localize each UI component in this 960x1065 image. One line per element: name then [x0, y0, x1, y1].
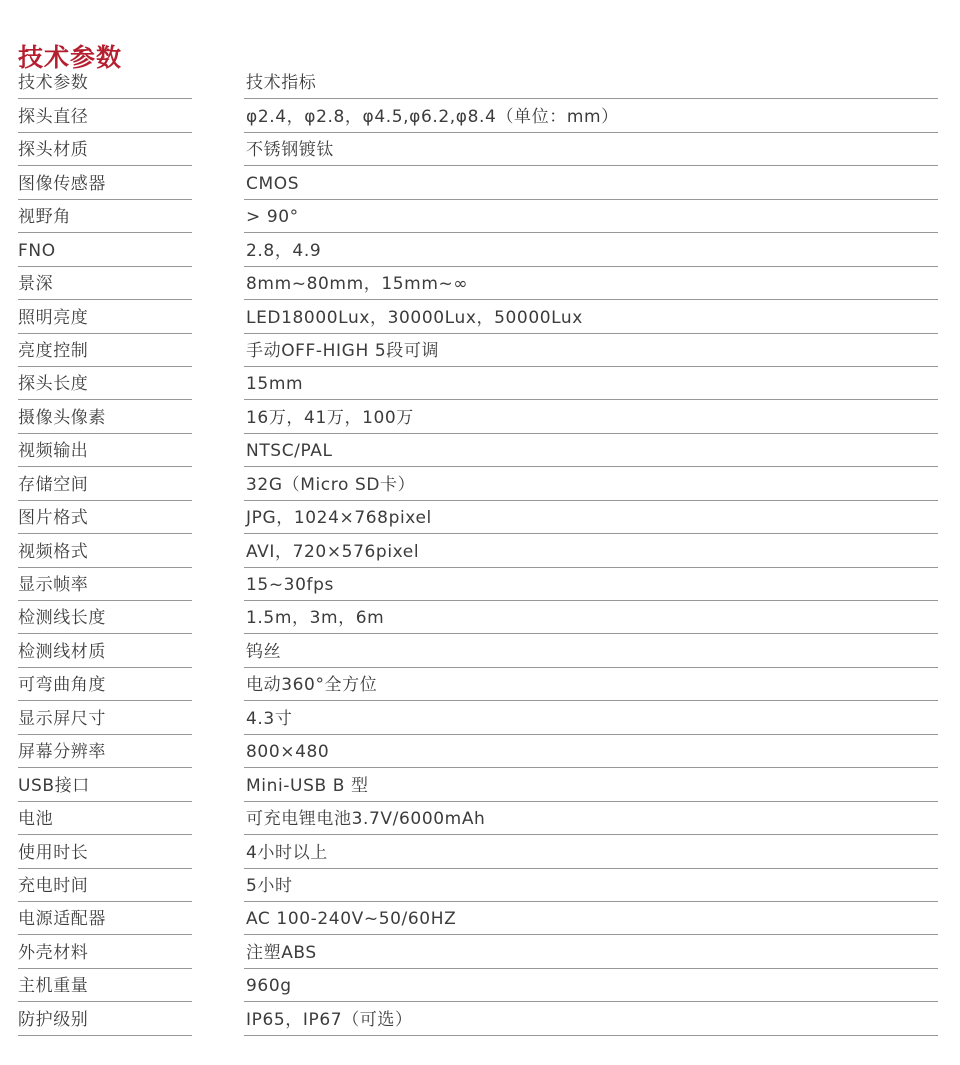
spec-value: 800×480 — [244, 735, 938, 768]
spec-value: 15mm — [244, 367, 938, 400]
spec-row: 屏幕分辨率 800×480 — [18, 735, 938, 768]
spec-label: 探头直径 — [18, 99, 192, 132]
spec-label: 探头材质 — [18, 133, 192, 166]
spec-label: 技术参数 — [18, 66, 192, 99]
spec-label: 防护级别 — [18, 1002, 192, 1035]
spec-value: 电动360°全方位 — [244, 668, 938, 701]
spec-row: 外壳材料 注塑ABS — [18, 935, 938, 968]
column-gap — [192, 534, 244, 567]
column-gap — [192, 200, 244, 233]
spec-value: IP65，IP67（可选） — [244, 1002, 938, 1035]
spec-value: 960g — [244, 969, 938, 1002]
spec-value: NTSC/PAL — [244, 434, 938, 467]
spec-row: 探头直径 φ2.4，φ2.8，φ4.5,φ6.2,φ8.4（单位：mm） — [18, 99, 938, 132]
column-gap — [192, 701, 244, 734]
spec-value: 4.3寸 — [244, 701, 938, 734]
column-gap — [192, 735, 244, 768]
spec-value: > 90° — [244, 200, 938, 233]
spec-label: 充电时间 — [18, 869, 192, 902]
spec-table: 技术参数 技术指标 探头直径 φ2.4，φ2.8，φ4.5,φ6.2,φ8.4（… — [18, 66, 938, 1036]
spec-row: 显示屏尺寸 4.3寸 — [18, 701, 938, 734]
column-gap — [192, 1002, 244, 1035]
spec-value: 15~30fps — [244, 568, 938, 601]
spec-row: 景深 8mm~80mm，15mm~∞ — [18, 267, 938, 300]
column-gap — [192, 467, 244, 500]
spec-value: JPG，1024×768pixel — [244, 501, 938, 534]
spec-value: CMOS — [244, 166, 938, 199]
spec-row: FNO 2.8，4.9 — [18, 233, 938, 266]
spec-label: 图片格式 — [18, 501, 192, 534]
spec-row: 充电时间 5小时 — [18, 869, 938, 902]
spec-row: 探头长度 15mm — [18, 367, 938, 400]
spec-value: 16万，41万，100万 — [244, 400, 938, 433]
column-gap — [192, 902, 244, 935]
spec-row: 技术参数 技术指标 — [18, 66, 938, 99]
spec-value: 不锈钢镀钛 — [244, 133, 938, 166]
spec-label: 显示屏尺寸 — [18, 701, 192, 734]
spec-label: 屏幕分辨率 — [18, 735, 192, 768]
column-gap — [192, 400, 244, 433]
spec-row: 电池 可充电锂电池3.7V/6000mAh — [18, 802, 938, 835]
spec-value: LED18000Lux，30000Lux，50000Lux — [244, 300, 938, 333]
column-gap — [192, 434, 244, 467]
spec-label: 检测线材质 — [18, 634, 192, 667]
column-gap — [192, 935, 244, 968]
column-gap — [192, 166, 244, 199]
spec-row: 使用时长 4小时以上 — [18, 835, 938, 868]
spec-label: 主机重量 — [18, 969, 192, 1002]
spec-label: 摄像头像素 — [18, 400, 192, 433]
column-gap — [192, 835, 244, 868]
spec-row: 照明亮度 LED18000Lux，30000Lux，50000Lux — [18, 300, 938, 333]
column-gap — [192, 66, 244, 99]
spec-label: 亮度控制 — [18, 334, 192, 367]
spec-row: 检测线长度 1.5m，3m，6m — [18, 601, 938, 634]
column-gap — [192, 367, 244, 400]
spec-row: 视野角 > 90° — [18, 200, 938, 233]
spec-row: 探头材质 不锈钢镀钛 — [18, 133, 938, 166]
column-gap — [192, 601, 244, 634]
spec-label: 图像传感器 — [18, 166, 192, 199]
spec-value: 2.8，4.9 — [244, 233, 938, 266]
spec-label: 视野角 — [18, 200, 192, 233]
spec-label: 视频格式 — [18, 534, 192, 567]
column-gap — [192, 233, 244, 266]
spec-row: 图像传感器 CMOS — [18, 166, 938, 199]
spec-value: 钨丝 — [244, 634, 938, 667]
spec-label: 电池 — [18, 802, 192, 835]
spec-value: AC 100-240V~50/60HZ — [244, 902, 938, 935]
spec-value: 8mm~80mm，15mm~∞ — [244, 267, 938, 300]
spec-label: 景深 — [18, 267, 192, 300]
spec-label: FNO — [18, 233, 192, 266]
spec-row: 视频输出 NTSC/PAL — [18, 434, 938, 467]
spec-value: 4小时以上 — [244, 835, 938, 868]
column-gap — [192, 133, 244, 166]
column-gap — [192, 969, 244, 1002]
spec-row: 视频格式 AVI，720×576pixel — [18, 534, 938, 567]
spec-row: 存储空间 32G（Micro SD卡） — [18, 467, 938, 500]
spec-label: 存储空间 — [18, 467, 192, 500]
column-gap — [192, 300, 244, 333]
spec-row: USB接口 Mini-USB B 型 — [18, 768, 938, 801]
spec-row: 防护级别 IP65，IP67（可选） — [18, 1002, 938, 1035]
spec-row: 主机重量 960g — [18, 969, 938, 1002]
column-gap — [192, 267, 244, 300]
spec-value: 技术指标 — [244, 66, 938, 99]
spec-value: Mini-USB B 型 — [244, 768, 938, 801]
spec-label: USB接口 — [18, 768, 192, 801]
column-gap — [192, 568, 244, 601]
column-gap — [192, 501, 244, 534]
spec-row: 可弯曲角度 电动360°全方位 — [18, 668, 938, 701]
column-gap — [192, 99, 244, 132]
spec-label: 显示帧率 — [18, 568, 192, 601]
spec-label: 视频输出 — [18, 434, 192, 467]
spec-label: 电源适配器 — [18, 902, 192, 935]
spec-label: 可弯曲角度 — [18, 668, 192, 701]
spec-label: 外壳材料 — [18, 935, 192, 968]
spec-value: 注塑ABS — [244, 935, 938, 968]
spec-value: 5小时 — [244, 869, 938, 902]
spec-value: 手动OFF-HIGH 5段可调 — [244, 334, 938, 367]
column-gap — [192, 334, 244, 367]
column-gap — [192, 668, 244, 701]
column-gap — [192, 869, 244, 902]
spec-row: 摄像头像素 16万，41万，100万 — [18, 400, 938, 433]
spec-label: 探头长度 — [18, 367, 192, 400]
spec-label: 使用时长 — [18, 835, 192, 868]
spec-row: 图片格式 JPG，1024×768pixel — [18, 501, 938, 534]
spec-value: φ2.4，φ2.8，φ4.5,φ6.2,φ8.4（单位：mm） — [244, 99, 938, 132]
column-gap — [192, 768, 244, 801]
column-gap — [192, 802, 244, 835]
spec-value: 可充电锂电池3.7V/6000mAh — [244, 802, 938, 835]
spec-row: 电源适配器 AC 100-240V~50/60HZ — [18, 902, 938, 935]
spec-label: 检测线长度 — [18, 601, 192, 634]
spec-row: 检测线材质 钨丝 — [18, 634, 938, 667]
spec-value: 32G（Micro SD卡） — [244, 467, 938, 500]
column-gap — [192, 634, 244, 667]
spec-row: 亮度控制 手动OFF-HIGH 5段可调 — [18, 334, 938, 367]
spec-row: 显示帧率 15~30fps — [18, 568, 938, 601]
spec-value: 1.5m，3m，6m — [244, 601, 938, 634]
spec-value: AVI，720×576pixel — [244, 534, 938, 567]
spec-label: 照明亮度 — [18, 300, 192, 333]
